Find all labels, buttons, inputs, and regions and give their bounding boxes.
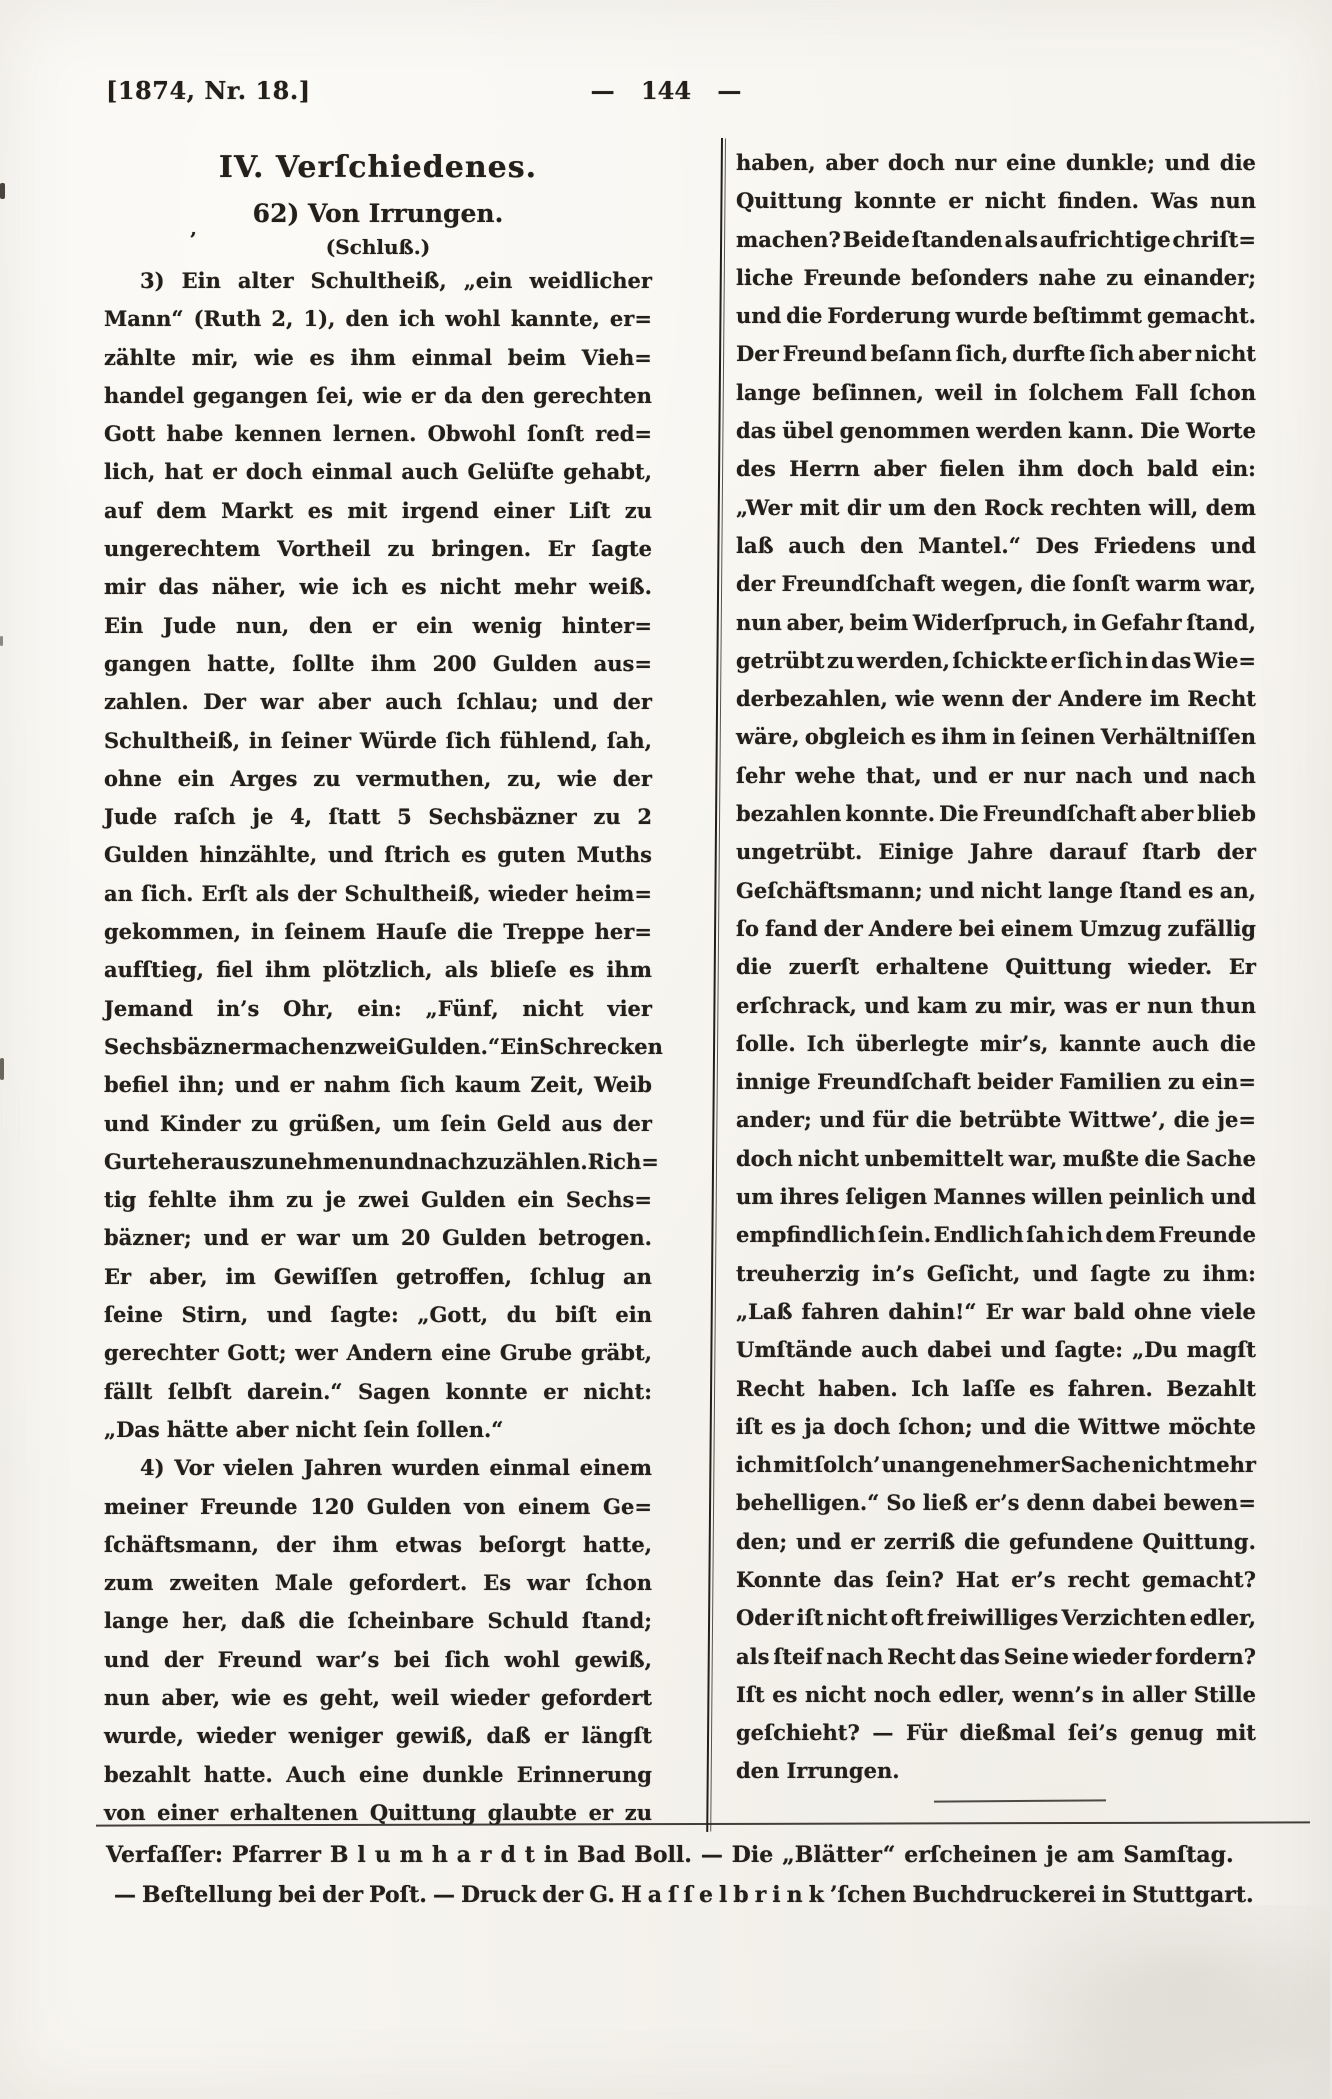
word: ſolch’	[814, 1452, 880, 1477]
word: Pfarrer	[232, 1842, 321, 1868]
word: fordern?	[1155, 1644, 1256, 1669]
word: und	[1165, 150, 1210, 175]
word: nahm	[324, 1072, 390, 1097]
word: haben.	[818, 1376, 898, 1401]
word: dem	[1106, 1222, 1156, 1247]
word: die	[786, 303, 822, 328]
word: lich,	[104, 459, 155, 484]
word: Bad	[577, 1842, 625, 1868]
word: oft	[891, 1605, 924, 1630]
text-line: Guldenhinzählte,undſtrichesgutenMuths	[104, 842, 652, 880]
word: zum	[104, 1570, 153, 1595]
word: habe	[167, 421, 224, 446]
word: ſich	[445, 1647, 490, 1672]
word: fällt	[104, 1379, 152, 1404]
word: mit	[773, 1452, 813, 1477]
word: nun	[736, 610, 782, 635]
word: wenn’s	[1013, 1682, 1094, 1707]
word: ſah	[1026, 1222, 1064, 1247]
text-line: handelgegangenſei,wieerdadengerechten	[104, 383, 652, 421]
text-line: innigeFreundſchaftbeiderFamilienzuein=	[736, 1069, 1256, 1107]
word: Freund	[783, 341, 867, 366]
scan-edge-speck	[0, 1058, 4, 1080]
word: ſich.	[141, 881, 193, 906]
word: er	[589, 1800, 613, 1825]
word: in	[1125, 648, 1148, 673]
word: derbezahlen,	[736, 686, 888, 711]
word: Andere	[1058, 686, 1142, 711]
text-line: gangenhatte,ſollteihm200Guldenaus=	[104, 651, 652, 689]
text-line: machen?Beideſtandenalsaufrichtigechriſt=	[736, 227, 1256, 265]
word: meiner	[104, 1494, 187, 1519]
word: weniger	[289, 1723, 383, 1748]
word: Irrungen.	[786, 1758, 899, 1783]
word: die	[1220, 1031, 1256, 1056]
word: Oder	[736, 1605, 793, 1630]
word: am	[1077, 1842, 1115, 1868]
word: als	[445, 957, 478, 982]
word: t	[525, 1842, 535, 1868]
article-end-rule	[934, 1799, 1106, 1802]
word: zerriß	[884, 1529, 955, 1554]
word: Geſicht,	[927, 1261, 1020, 1286]
text-line: licheFreundebeſondersnahezueinander;	[736, 265, 1256, 303]
word: beſtimmt	[1033, 303, 1142, 328]
word: ſcheinbare	[348, 1608, 474, 1633]
word: Druck	[461, 1882, 536, 1908]
word: wohl	[505, 1647, 560, 1672]
word: haben,	[736, 150, 816, 175]
word: die	[736, 954, 772, 979]
word: r	[755, 1882, 767, 1908]
word: Verzichten	[1061, 1605, 1186, 1630]
text-line: „Dashätteabernichtſeinſollen.“	[104, 1417, 652, 1455]
word: kam	[917, 993, 967, 1018]
word: bald	[1147, 456, 1198, 481]
word: weiß.	[589, 574, 652, 599]
word: b	[733, 1882, 748, 1908]
word: zwei	[345, 1034, 396, 1059]
word: du	[507, 1302, 537, 1327]
word: ſeinem	[284, 919, 365, 944]
word: wenn	[942, 686, 1004, 711]
word: er	[261, 1225, 285, 1250]
word: ſagte:	[331, 1302, 399, 1327]
word: Ich	[807, 1031, 845, 1056]
word: zufällig	[1168, 916, 1256, 941]
word: Mannes	[933, 1184, 1026, 1209]
word: bäzner;	[104, 1225, 192, 1250]
word: ſelbſt	[168, 1379, 232, 1404]
word: Würde	[360, 728, 437, 753]
word: empfindlich	[736, 1222, 876, 1247]
text-line: „Laßfahrendahin!“Erwarbaldohneviele	[736, 1299, 1256, 1337]
word: Sagen	[358, 1379, 430, 1404]
word: ſeligen	[846, 1184, 928, 1209]
word: er	[850, 1529, 874, 1554]
word: ſollte	[292, 651, 354, 676]
word: er’s	[1011, 1567, 1055, 1592]
word: ander;	[736, 1107, 812, 1132]
word: darauf	[1049, 839, 1126, 864]
word: Weib	[594, 1072, 652, 1097]
text-line: undderFreundwar’sbeiſichwohlgewiß,	[104, 1647, 652, 1685]
word: zu	[975, 993, 1002, 1018]
text-line: ungerechtemVortheilzubringen.Erſagte	[104, 536, 652, 574]
word: aber	[873, 456, 926, 481]
word: laſſe	[963, 1376, 1016, 1401]
text-line: Gurteherauszunehmenundnachzuzählen.Rich=	[104, 1149, 652, 1187]
word: nahe	[1039, 265, 1097, 290]
word: war’s	[317, 1647, 380, 1672]
word: daß	[241, 1608, 285, 1633]
word: war	[1022, 1299, 1065, 1324]
word: aus	[561, 1111, 602, 1136]
text-line: ichmitſolch’unangenehmerSachenichtmehr	[736, 1452, 1256, 1490]
text-line: aufſtieg,fielihmplötzlich,alsblieſeesihm	[104, 957, 652, 995]
word: ein:	[357, 996, 401, 1021]
word: ſagte	[592, 536, 652, 561]
word: es	[569, 957, 594, 982]
text-line: ohneeinArgeszuvermuthen,zu,wieder	[104, 766, 652, 804]
word: l	[719, 1882, 727, 1908]
word: unangenehmer	[882, 1452, 1060, 1477]
word: raſch	[174, 804, 236, 829]
word: es	[771, 1414, 796, 1439]
word: ungerechtem	[104, 536, 260, 561]
word: ſehr	[736, 763, 785, 788]
word: her,	[182, 1608, 227, 1633]
word: „ein	[464, 268, 513, 293]
word: in	[249, 728, 272, 753]
word: u	[375, 1842, 391, 1868]
word: wieder	[489, 881, 568, 906]
word: der	[613, 766, 652, 791]
text-line: ſchäftsmann,derihmetwasbeſorgthatte,	[104, 1532, 652, 1570]
word: noch	[874, 1682, 931, 1707]
word: dabei	[927, 1337, 991, 1362]
word: er	[411, 383, 435, 408]
word: an	[104, 881, 133, 906]
word: auch	[1152, 1031, 1209, 1056]
word: Freundſchaft	[817, 1069, 971, 1094]
word: Samſtag.	[1123, 1842, 1233, 1868]
word: gerechter	[104, 1340, 219, 1365]
word: wieder	[451, 1685, 530, 1710]
text-line: umihresſeligenManneswillenpeinlichund	[736, 1184, 1256, 1222]
word: biſt	[555, 1302, 596, 1327]
word: er	[290, 1072, 314, 1097]
word: hätte	[167, 1417, 229, 1442]
word: „Laß	[736, 1299, 792, 1324]
word: ſtatt	[329, 804, 381, 829]
text-line: unddieForderungwurdebeſtimmtgemacht.	[736, 303, 1256, 341]
word: ein	[517, 1187, 554, 1212]
text-line: denIrrungen.	[736, 1758, 1256, 1796]
word: Quittung	[370, 1800, 476, 1825]
word: ſein.	[878, 1222, 931, 1247]
word: G.	[589, 1882, 615, 1908]
word: die	[1144, 1146, 1180, 1171]
text-line: Geſchäftsmann;undnichtlangeſtandesan,	[736, 878, 1256, 916]
word: ich	[1067, 1222, 1103, 1247]
word: aber	[236, 1417, 289, 1442]
word: recht	[1068, 1567, 1130, 1592]
word: nachzuzählen.	[419, 1149, 588, 1174]
word: in’s	[217, 996, 259, 1021]
imprint-line: Verfaſſer:PfarrerBlumhardtinBadBoll.—Die…	[106, 1842, 1234, 1882]
word: auch	[788, 533, 845, 558]
word: Ich	[911, 1376, 949, 1401]
word: der	[1217, 839, 1256, 864]
text-line: empfindlichſein.EndlichſahichdemFreunde	[736, 1222, 1256, 1260]
word: ſtand,	[1186, 610, 1256, 635]
word: hatte,	[583, 1532, 652, 1557]
word: 2,	[271, 306, 293, 331]
word: grüßen,	[289, 1111, 382, 1136]
text-line: ſehrwehethat,undernurnachundnach	[736, 763, 1256, 801]
word: einmal	[412, 345, 492, 370]
word: beſann	[871, 341, 952, 366]
word: den;	[736, 1529, 787, 1554]
word: die	[457, 919, 493, 944]
word: Der	[736, 341, 779, 366]
word: es	[401, 574, 426, 599]
word: die	[298, 1608, 334, 1633]
word: betrübte	[960, 1107, 1062, 1132]
word: Für	[906, 1720, 947, 1745]
word: nun,	[236, 613, 289, 638]
word: Gott	[104, 421, 155, 446]
word: Verfaſſer:	[106, 1842, 223, 1868]
word: es	[1029, 1376, 1054, 1401]
text-line: anſich.ErſtalsderSchultheiß,wiederheim=	[104, 881, 652, 919]
word: Es	[483, 1570, 511, 1595]
word: zu	[286, 1187, 313, 1212]
word: je	[252, 804, 273, 829]
word: Muths	[577, 842, 652, 867]
text-line: Gotthabekennenlernen.Obwohlſonſtred=	[104, 421, 652, 459]
word: war	[261, 689, 304, 714]
word: aufſtieg,	[104, 957, 204, 982]
word: einmal	[490, 1455, 570, 1480]
word: willen	[1032, 1184, 1103, 1209]
word: getrübt	[736, 648, 824, 673]
word: Recht	[736, 1376, 805, 1401]
word: ungetrübt.	[736, 839, 862, 864]
word: Stille	[1194, 1682, 1256, 1707]
word: fühlend,	[500, 728, 598, 753]
word: ich	[399, 306, 435, 331]
word: und	[235, 1072, 280, 1097]
word: gangen	[104, 651, 191, 676]
word: Markt	[221, 498, 293, 523]
word: „Blätter“	[782, 1842, 895, 1868]
text-line: OderiſtnichtoftfreiwilligesVerzichtenedl…	[736, 1605, 1256, 1643]
word: glaubte	[488, 1800, 577, 1825]
word: fielen	[939, 456, 1004, 481]
word: als	[736, 1644, 769, 1669]
word: ſteif	[773, 1644, 822, 1669]
word: überlegte	[855, 1031, 968, 1056]
word: einem	[518, 1494, 590, 1519]
word: gekommen,	[104, 919, 241, 944]
word: Sache	[1186, 1146, 1256, 1171]
word: zuerſt	[789, 954, 859, 979]
word: möchte	[1169, 1414, 1256, 1439]
word: nicht	[798, 1146, 859, 1171]
word: nicht	[1132, 1452, 1193, 1477]
word: gefundene	[1009, 1529, 1133, 1554]
text-line: derFreundſchaftwegen,dieſonſtwarmwar,	[736, 571, 1256, 609]
word: iſt	[736, 1414, 763, 1439]
word: Stuttgart.	[1132, 1882, 1253, 1908]
word: mehr	[1194, 1452, 1256, 1477]
word: treuherzig	[736, 1261, 860, 1286]
word: Gurte	[104, 1149, 171, 1174]
word: d	[500, 1842, 515, 1868]
text-line: zumzweitenMalegefordert.Eswarſchon	[104, 1570, 652, 1608]
word: Ein	[104, 613, 143, 638]
word: und	[267, 1302, 312, 1327]
word: gemacht.	[1147, 303, 1256, 328]
word: machen	[252, 1034, 345, 1059]
word: zu	[313, 766, 340, 791]
word: doch	[736, 1146, 793, 1171]
word: ſagte	[1090, 1261, 1150, 1286]
word: Iſt	[736, 1682, 765, 1707]
text-line: ſofandderAnderebeieinemUmzugzufällig	[736, 916, 1256, 954]
text-line: langebeſinnen,weilinſolchemFallſchon	[736, 380, 1256, 418]
word: der	[613, 1111, 652, 1136]
word: aber	[1140, 801, 1193, 826]
word: und	[553, 689, 598, 714]
word: ſich,	[956, 341, 1008, 366]
word: Fall	[1135, 380, 1178, 405]
word: zahlen.	[104, 689, 189, 714]
word: in	[544, 1842, 568, 1868]
text-line: geſchieht?—Fürdießmalſei’sgenugmit	[736, 1720, 1256, 1758]
word: ſchlug	[530, 1264, 605, 1289]
word: ſonſt	[527, 421, 584, 446]
text-line: zähltemir,wieesihmeinmalbeimVieh=	[104, 345, 652, 383]
text-line: voneinererhaltenenQuittungglaubteerzu	[104, 1800, 652, 1838]
word: wurde	[956, 303, 1028, 328]
word: n	[787, 1882, 803, 1908]
article-title: ‚ 62) Von Irrungen.	[104, 196, 652, 232]
word: zwei	[358, 1187, 409, 1212]
word: gräbt,	[581, 1340, 652, 1365]
word: wie	[254, 345, 293, 370]
word: rechten	[1051, 495, 1142, 520]
section-title: IV. Verſchiedenes.	[104, 146, 652, 190]
word: den	[309, 613, 352, 638]
text-line: haben,aberdochnureinedunkle;unddie	[736, 150, 1256, 188]
word: magſt	[1187, 1337, 1256, 1362]
word: ſeiner	[281, 728, 351, 753]
word: Geſchäftsmann;	[736, 878, 923, 903]
word: zu	[1168, 1069, 1195, 1094]
word: aber	[1138, 341, 1191, 366]
word: herauszunehmen	[171, 1149, 373, 1174]
word: aber,	[787, 610, 846, 635]
word: —	[701, 1842, 723, 1868]
word: 5	[397, 804, 412, 829]
word: 20	[401, 1225, 430, 1250]
word: nur	[1023, 763, 1065, 788]
word: Freundſchaft	[782, 571, 936, 596]
word: eine	[359, 1762, 409, 1787]
text-line: behelligen.“Soließer’sdenndabeibewen=	[736, 1490, 1256, 1528]
word: Schuld	[488, 1608, 569, 1633]
word: zu	[251, 1111, 278, 1136]
word: Liſt	[569, 498, 610, 523]
word: aber	[825, 150, 878, 175]
word: Freunde	[200, 1494, 298, 1519]
word: einer	[157, 1800, 218, 1825]
word: um	[392, 1111, 430, 1136]
word: hinzählte,	[199, 842, 317, 867]
word: Male	[275, 1570, 333, 1595]
word: als	[256, 881, 289, 906]
word: vielen	[224, 1455, 294, 1480]
word: i	[772, 1882, 780, 1908]
word: l	[357, 1842, 365, 1868]
word: auf	[104, 498, 142, 523]
word: beim	[850, 610, 908, 635]
word: ſonſt	[1073, 571, 1130, 596]
word: und	[328, 842, 373, 867]
word: hinter=	[562, 613, 652, 638]
word: ihm	[350, 345, 395, 370]
word: wurden	[392, 1455, 480, 1480]
text-line: laßauchdenMantel.“DesFriedensund	[736, 533, 1256, 571]
word: eine	[1006, 150, 1056, 175]
word: fiel	[216, 957, 253, 982]
scan-stain	[930, 1905, 1330, 2099]
word: auch	[861, 1337, 918, 1362]
word: Gulden	[442, 1225, 527, 1250]
word: bezahlt	[104, 1762, 191, 1787]
word: wieder	[197, 1723, 276, 1748]
word: von	[104, 1800, 145, 1825]
word: Gulden	[421, 1187, 506, 1212]
word: doch	[834, 1414, 891, 1439]
word: that,	[866, 763, 922, 788]
word: und	[929, 878, 974, 903]
word: in	[994, 380, 1017, 405]
word: ſ	[683, 1882, 692, 1908]
word: nicht	[440, 574, 501, 599]
word: es	[911, 724, 936, 749]
text-line: langeher,daßdieſcheinbareSchuldſtand;	[104, 1608, 652, 1646]
word: und	[1001, 1337, 1046, 1362]
word: um	[352, 1225, 390, 1250]
word: die	[1220, 150, 1256, 175]
word: Ohr,	[283, 996, 333, 1021]
text-line: ſeineStirn,undſagte:„Gott,dubiſtein	[104, 1302, 652, 1340]
word: ihm	[265, 957, 310, 982]
word: kann.	[1068, 418, 1134, 443]
word: gewiß,	[575, 1647, 652, 1672]
word: Widerſpruch,	[913, 610, 1069, 635]
word: Hauſe	[376, 919, 447, 944]
word: Familien	[1059, 1069, 1161, 1094]
word: kaum	[455, 1072, 521, 1097]
word: ſei’s	[1068, 1720, 1118, 1745]
text-line: dochnichtunbemitteltwar,mußtedieSache	[736, 1146, 1256, 1184]
word: Beſtellung	[142, 1882, 272, 1908]
